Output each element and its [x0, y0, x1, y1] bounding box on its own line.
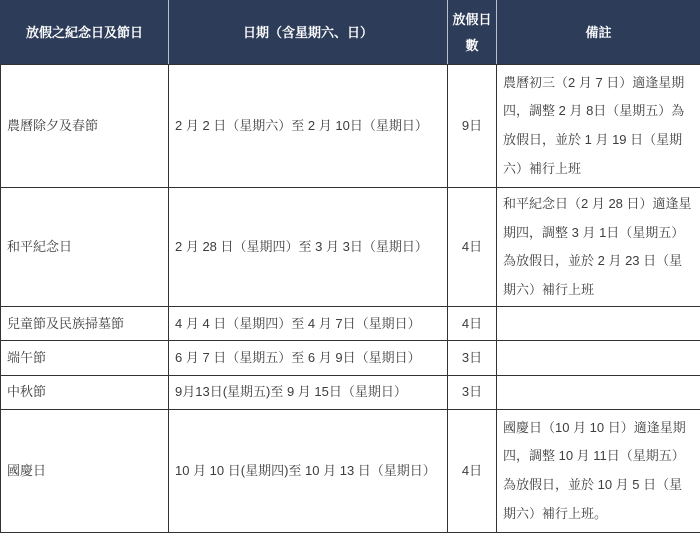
table-row: 農曆除夕及春節 2 月 2 日（星期六）至 2 月 10日（星期日） 9日 農曆… [1, 65, 700, 188]
date-cell: 6 月 7 日（星期五）至 6 月 9日（星期日） [169, 341, 448, 376]
holiday-name-cell: 和平紀念日 [1, 188, 169, 307]
days-cell: 9日 [448, 65, 497, 188]
days-cell: 4日 [448, 307, 497, 341]
remark-cell: 和平紀念日（2 月 28 日）適逢星期四，調整 3 月 1日（星期五）為放假日，… [497, 188, 700, 307]
date-cell: 9月13日(星期五)至 9 月 15日（星期日） [169, 376, 448, 410]
holiday-name-cell: 兒童節及民族掃墓節 [1, 307, 169, 341]
days-cell: 3日 [448, 341, 497, 376]
col-header-date: 日期（含星期六、日） [169, 1, 448, 65]
date-cell: 10 月 10 日(星期四)至 10 月 13 日（星期日） [169, 409, 448, 532]
holiday-name-cell: 國慶日 [1, 409, 169, 532]
date-cell: 2 月 2 日（星期六）至 2 月 10日（星期日） [169, 65, 448, 188]
holiday-name-cell: 農曆除夕及春節 [1, 65, 169, 188]
holiday-name-cell: 中秋節 [1, 376, 169, 410]
remark-cell: 國慶日（10 月 10 日）適逢星期四，調整 10 月 11日（星期五）為放假日… [497, 409, 700, 532]
remark-cell [497, 376, 700, 410]
remark-cell [497, 341, 700, 376]
col-header-days-off: 放假日數 [448, 1, 497, 65]
table-row: 兒童節及民族掃墓節 4 月 4 日（星期四）至 4 月 7日（星期日） 4日 [1, 307, 700, 341]
holiday-name-cell: 端午節 [1, 341, 169, 376]
remark-cell: 農曆初三（2 月 7 日）適逢星期四，調整 2 月 8日（星期五）為放假日，並於… [497, 65, 700, 188]
holidays-table: 放假之紀念日及節日 日期（含星期六、日） 放假日數 備註 農曆除夕及春節 2 月… [0, 0, 700, 533]
days-cell: 4日 [448, 409, 497, 532]
col-header-holiday-name: 放假之紀念日及節日 [1, 1, 169, 65]
col-header-remarks: 備註 [497, 1, 700, 65]
remark-cell [497, 307, 700, 341]
table-row: 端午節 6 月 7 日（星期五）至 6 月 9日（星期日） 3日 [1, 341, 700, 376]
date-cell: 4 月 4 日（星期四）至 4 月 7日（星期日） [169, 307, 448, 341]
table-row: 中秋節 9月13日(星期五)至 9 月 15日（星期日） 3日 [1, 376, 700, 410]
header-row: 放假之紀念日及節日 日期（含星期六、日） 放假日數 備註 [1, 1, 700, 65]
days-cell: 3日 [448, 376, 497, 410]
days-cell: 4日 [448, 188, 497, 307]
table-row: 和平紀念日 2 月 28 日（星期四）至 3 月 3日（星期日） 4日 和平紀念… [1, 188, 700, 307]
date-cell: 2 月 28 日（星期四）至 3 月 3日（星期日） [169, 188, 448, 307]
table-row: 國慶日 10 月 10 日(星期四)至 10 月 13 日（星期日） 4日 國慶… [1, 409, 700, 532]
holiday-schedule-page: 放假之紀念日及節日 日期（含星期六、日） 放假日數 備註 農曆除夕及春節 2 月… [0, 0, 700, 531]
